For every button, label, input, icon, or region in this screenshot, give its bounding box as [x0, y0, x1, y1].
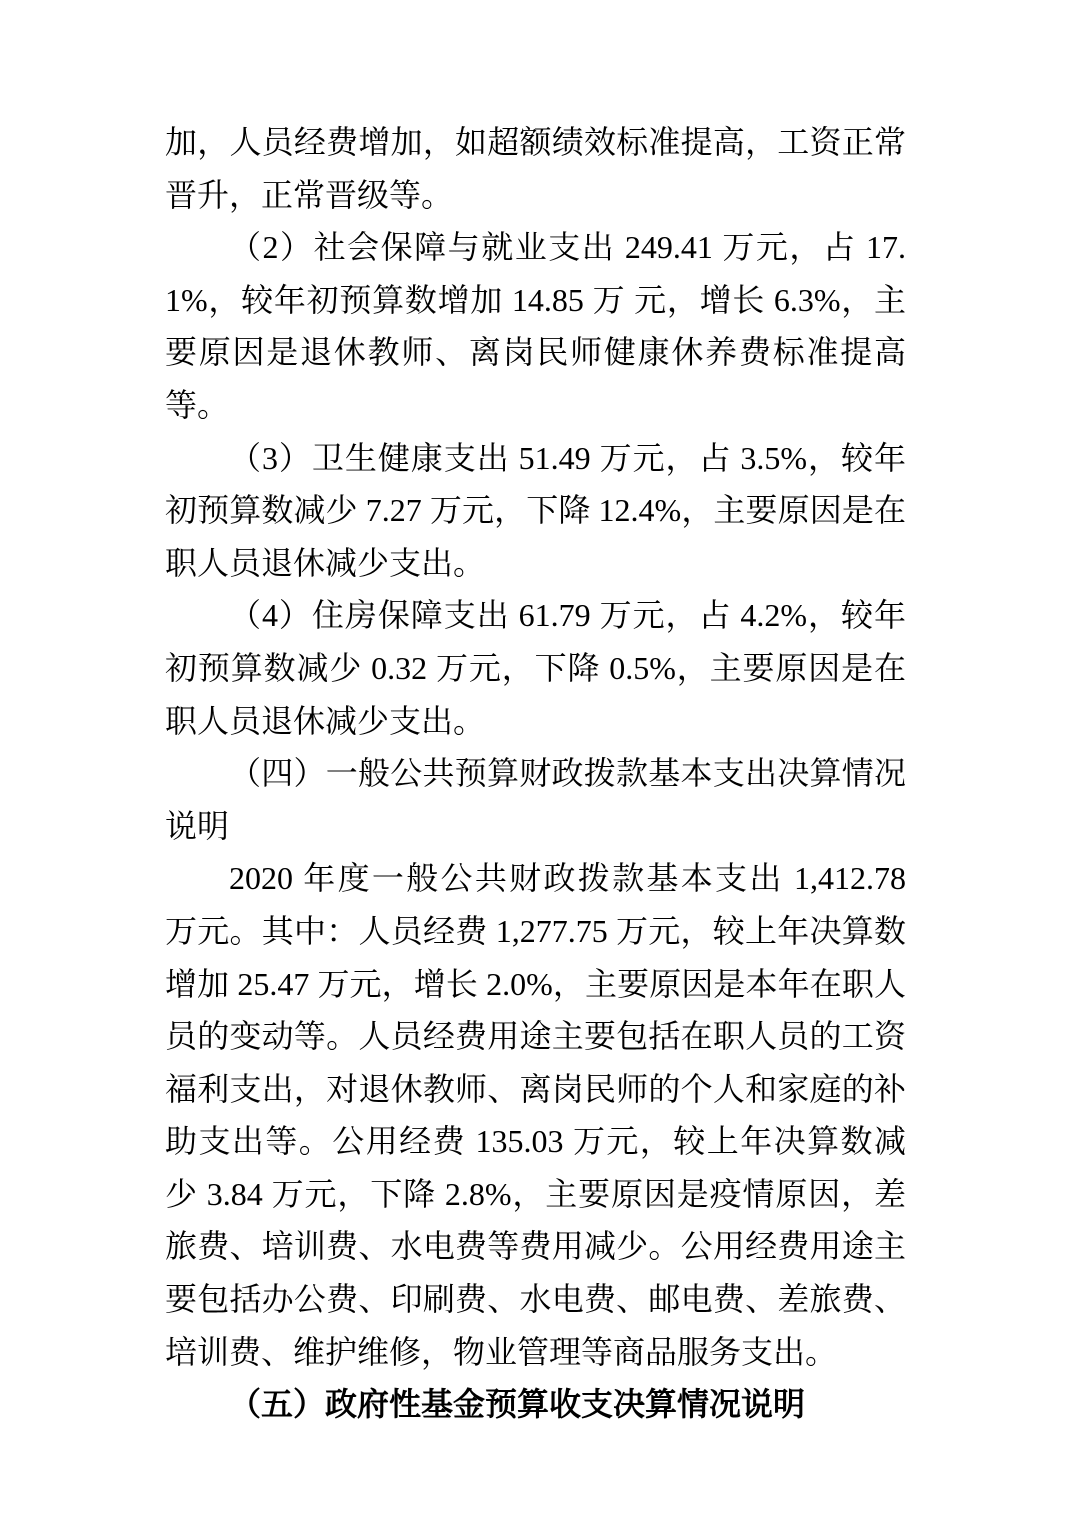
document-body: 加，人员经费增加，如超额绩效标准提高，工资正常晋升，正常晋级等。 （2）社会保障…: [165, 116, 906, 1431]
paragraph-item-4-housing: （4）住房保障支出 61.79 万元，占 4.2%，较年初预算数减少 0.32 …: [165, 589, 906, 747]
paragraph-basic-expenditure-detail: 2020 年度一般公共财政拨款基本支出 1,412.78 万元。其中：人员经费 …: [165, 852, 906, 1378]
heading-section-4-basic-expenditure: （四）一般公共预算财政拨款基本支出决算情况说明: [165, 747, 906, 852]
paragraph-item-3-health: （3）卫生健康支出 51.49 万元，占 3.5%，较年初预算数减少 7.27 …: [165, 432, 906, 590]
paragraph-continuation: 加，人员经费增加，如超额绩效标准提高，工资正常晋升，正常晋级等。: [165, 116, 906, 221]
paragraph-item-2-social-security: （2）社会保障与就业支出 249.41 万元，占 17.1%，较年初预算数增加 …: [165, 221, 906, 431]
heading-section-5-government-fund: （五）政府性基金预算收支决算情况说明: [165, 1378, 906, 1431]
document-page: 加，人员经费增加，如超额绩效标准提高，工资正常晋升，正常晋级等。 （2）社会保障…: [0, 0, 1074, 1520]
